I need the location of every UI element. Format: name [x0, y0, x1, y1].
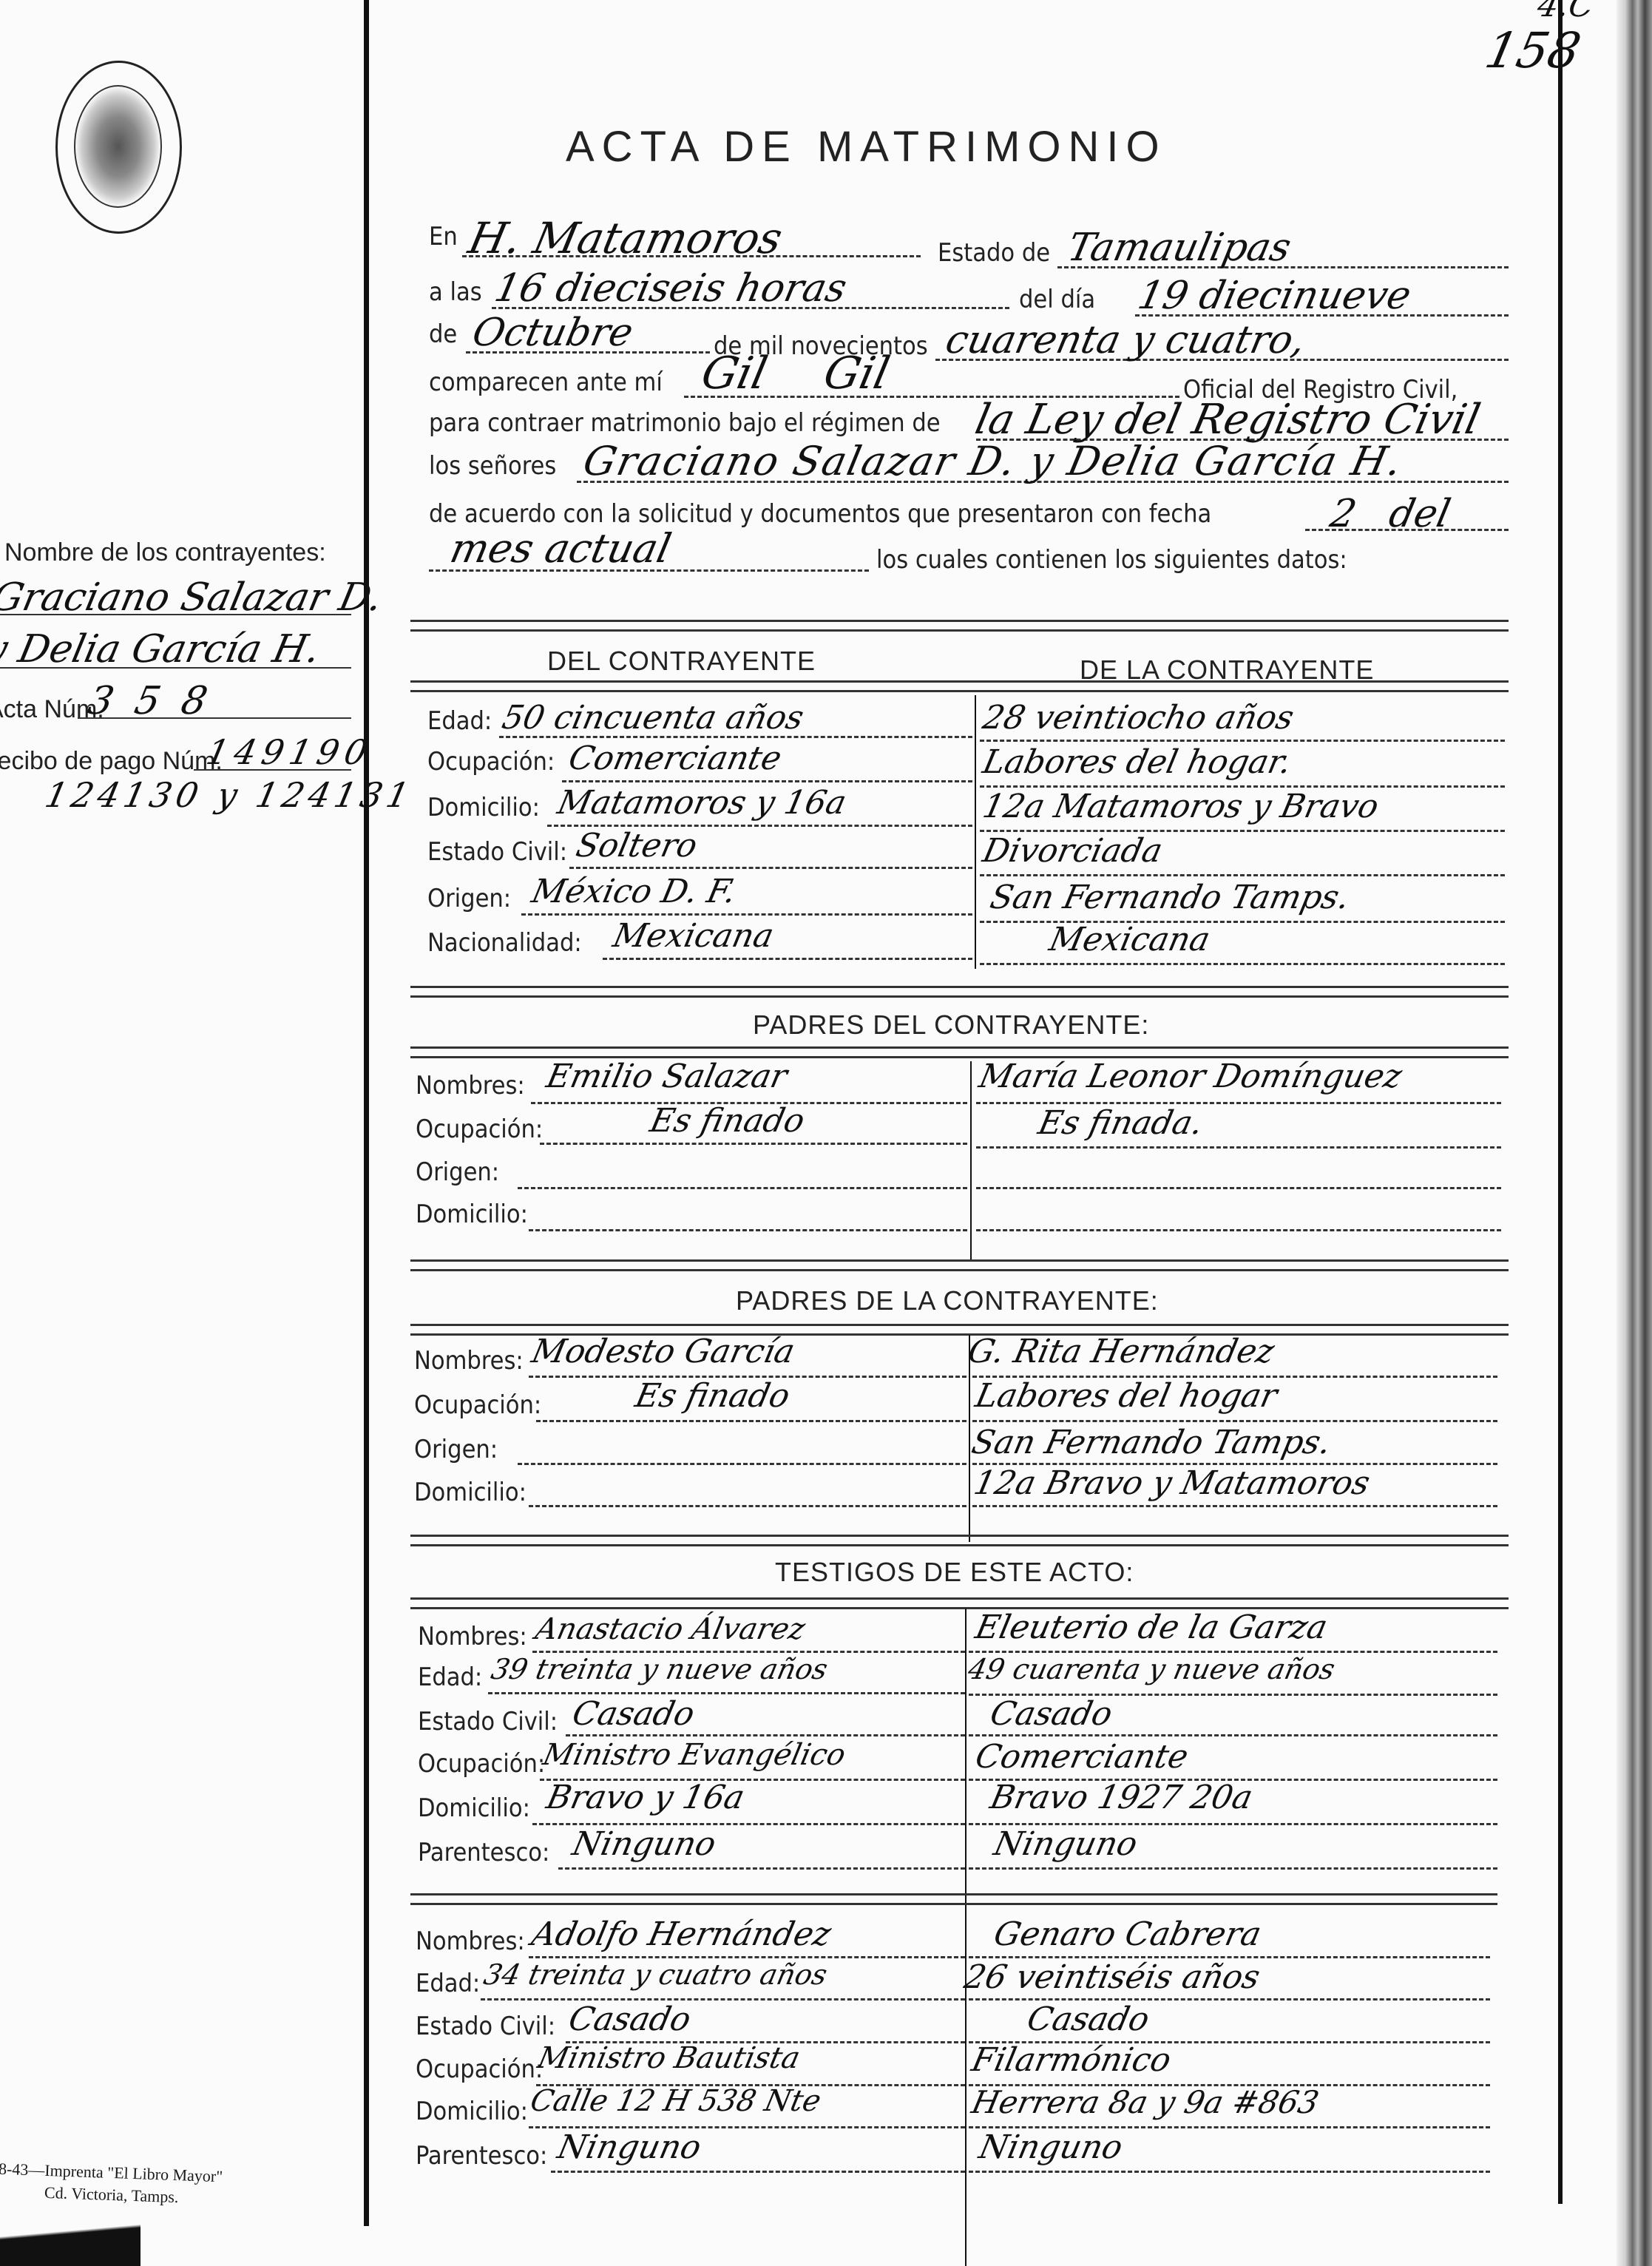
witness-4-parentesco: Ninguno — [976, 2128, 1126, 2166]
margin-rule-2 — [0, 667, 351, 669]
rule — [481, 1998, 965, 2000]
label-edad: Edad: — [418, 1663, 482, 1692]
column-divider — [975, 695, 976, 969]
witness-1-parentesco: Ninguno — [569, 1825, 720, 1863]
witness-2-ocupacion: Comerciante — [972, 1738, 1192, 1776]
mother-bride-origen: San Fernando Tamps. — [969, 1424, 1335, 1461]
cuales-label: los cuales contienen los siguientes dato… — [876, 545, 1347, 575]
fecha-value-2: mes actual — [446, 525, 675, 572]
bride-estado-civil: Divorciada — [980, 832, 1166, 870]
left-border-line — [364, 0, 369, 2226]
father-bride-ocupacion: Es finado — [632, 1377, 793, 1415]
label-domicilio: Domicilio: — [416, 1200, 528, 1229]
witness-4-domicilio: Herrera 8a y 9a #863 — [969, 2084, 1322, 2120]
rule — [976, 1146, 1501, 1149]
groom-ocupacion: Comerciante — [566, 740, 785, 777]
groom-origen: México D. F. — [529, 873, 739, 910]
divider — [410, 1046, 1509, 1058]
rule — [969, 2171, 1490, 2173]
witness-3-estado-civil: Casado — [566, 2000, 694, 2038]
rule — [488, 1692, 965, 1694]
mother-bride-nombre: G. Rita Hernández — [965, 1333, 1278, 1370]
margin-rule-3 — [78, 717, 351, 719]
witness-3-parentesco: Ninguno — [555, 2128, 705, 2166]
label-domicilio: Domicilio: — [418, 1793, 530, 1823]
label-nombres: Nombres: — [418, 1622, 527, 1651]
rule — [976, 1187, 1501, 1189]
label-edad: Edad: — [427, 706, 492, 736]
divider — [410, 1535, 1509, 1546]
margin-rule-4 — [194, 769, 351, 771]
fecha-value-1: 2 del — [1327, 492, 1455, 536]
witness-1-edad: 39 treinta y nueve años — [488, 1653, 830, 1685]
witness-1-nombre: Anastacio Álvarez — [532, 1612, 808, 1646]
witness-2-parentesco: Ninguno — [991, 1825, 1141, 1863]
label-nombres: Nombres: — [416, 1927, 525, 1956]
groom-domicilio: Matamoros y 16a — [555, 784, 850, 822]
rule — [972, 1420, 1497, 1422]
acuerdo-label: de acuerdo con la solicitud y documentos… — [429, 499, 1211, 529]
witness-3-domicilio: Calle 12 H 538 Nte — [527, 2084, 824, 2118]
label-origen: Origen: — [427, 884, 511, 913]
rule — [521, 913, 972, 916]
divider — [410, 1597, 1509, 1609]
rule — [529, 1505, 967, 1507]
rule — [562, 780, 972, 782]
comparecen-label: comparecen ante mí — [429, 368, 663, 397]
witness-3-ocupacion: Ministro Bautista — [535, 2041, 803, 2075]
label-parentesco: Parentesco: — [418, 1838, 549, 1867]
rule — [569, 867, 972, 869]
page-number: 158 — [1480, 22, 1585, 79]
groom-nacionalidad: Mexicana — [610, 917, 777, 955]
eagle-emblem-icon — [74, 85, 162, 208]
de-value: Octubre — [469, 311, 637, 355]
label-estado-civil: Estado Civil: — [416, 2012, 555, 2041]
label-domicilio: Domicilio: — [427, 793, 540, 822]
rule — [518, 1463, 967, 1465]
document-title: ACTA DE MATRIMONIO — [566, 122, 1167, 172]
a-las-label: a las — [429, 277, 482, 307]
padres-contrayente-title: PADRES DEL CONTRAYENTE: — [753, 1009, 1149, 1041]
bride-nacionalidad: Mexicana — [1046, 921, 1213, 958]
label-nombres: Nombres: — [416, 1071, 525, 1100]
rule — [566, 1734, 965, 1736]
rule — [980, 874, 1505, 876]
groom-edad: 50 cincuenta años — [499, 699, 808, 737]
rule — [536, 1420, 967, 1422]
father-groom-ocupacion: Es finado — [647, 1102, 808, 1140]
witness-3-nombre: Adolfo Hernández — [529, 1915, 835, 1953]
right-border-line — [1558, 0, 1563, 2204]
mother-groom-nombre: María Leonor Domínguez — [976, 1058, 1406, 1095]
divider — [410, 620, 1509, 632]
witness-4-edad: 26 veintiséis años — [961, 1958, 1264, 1996]
rule — [972, 1505, 1497, 1507]
mother-bride-domicilio: 12a Bravo y Matamoros — [971, 1464, 1373, 1502]
estado-label: Estado de — [938, 238, 1050, 268]
groom-estado-civil: Soltero — [573, 827, 701, 865]
label-edad: Edad: — [416, 1969, 480, 1998]
printer-line-1: 8-43—Imprenta "El Libro Mayor" — [0, 2160, 223, 2187]
label-estado-civil: Estado Civil: — [418, 1707, 558, 1736]
rule — [558, 1867, 965, 1870]
margin-nombre-2: y Delia García H. — [0, 627, 324, 672]
witness-1-estado-civil: Casado — [569, 1695, 698, 1733]
header-del-contrayente: DEL CONTRAYENTE — [547, 646, 816, 677]
witness-4-nombre: Genaro Cabrera — [991, 1915, 1265, 1953]
padres-contrayenta-title: PADRES DE LA CONTRAYENTE: — [736, 1285, 1159, 1316]
column-divider — [970, 1061, 972, 1261]
label-domicilio: Domicilio: — [414, 1478, 527, 1507]
label-nombres: Nombres: — [414, 1346, 524, 1376]
margin-nombre-1: Graciano Salazar D. — [0, 575, 386, 620]
margin-recibo-value-2: 124130 y 124131 — [41, 775, 417, 815]
margin-acta-value: 358 — [84, 679, 234, 723]
label-ocupacion: Ocupación: — [414, 1390, 541, 1420]
witness-1-domicilio: Bravo y 16a — [544, 1779, 748, 1816]
en-value: H. Matamoros — [464, 213, 787, 263]
witness-4-estado-civil: Casado — [1024, 2000, 1153, 2038]
rule — [969, 1867, 1497, 1870]
state-seal: GOBIERNO DEL ESTADO LIBRE Y SOBERANO DE … — [55, 61, 182, 234]
bride-origen: San Fernando Tamps. — [987, 879, 1353, 916]
de-mil-value: cuarenta y cuatro, — [942, 318, 1310, 362]
father-bride-nombre: Modesto García — [529, 1333, 799, 1370]
bride-domicilio: 12a Matamoros y Bravo — [980, 788, 1382, 825]
label-ocupacion: Ocupación: — [416, 1115, 543, 1144]
rule — [518, 1187, 967, 1189]
label-origen: Origen: — [416, 1157, 499, 1187]
estado-value: Tamaulipas — [1064, 226, 1295, 270]
de-label: de — [429, 319, 457, 349]
regimen-value: la Ley del Registro Civil — [971, 396, 1484, 444]
label-ocupacion: Ocupación: — [418, 1749, 545, 1779]
regimen-label: para contraer matrimonio bajo el régimen… — [429, 408, 941, 438]
rule — [529, 1229, 967, 1231]
rule — [980, 963, 1505, 965]
divider — [410, 1893, 1497, 1905]
margin-recibo-label: Recibo de pago Núm. — [0, 747, 223, 776]
book-spine-edge — [1617, 0, 1652, 2266]
father-groom-nombre: Emilio Salazar — [544, 1058, 791, 1095]
witness-3-edad: 34 treinta y cuatro años — [481, 1958, 830, 1991]
page-shadow — [0, 2214, 141, 2266]
mother-groom-ocupacion: Es finada. — [1035, 1104, 1207, 1142]
witness-1-ocupacion: Ministro Evangélico — [540, 1738, 848, 1772]
label-nacionalidad: Nacionalidad: — [427, 928, 582, 958]
rule — [969, 1734, 1497, 1736]
label-ocupacion: Ocupación: — [427, 747, 555, 777]
witness-4-ocupacion: Filarmónico — [969, 2041, 1175, 2079]
divider — [410, 1259, 1509, 1271]
en-label: En — [429, 222, 458, 251]
margin-nombre-label: Nombre de los contrayentes: — [4, 538, 326, 567]
divider — [410, 986, 1509, 998]
rule — [976, 1229, 1501, 1231]
divider — [410, 680, 1509, 692]
label-estado-civil: Estado Civil: — [427, 837, 567, 867]
a-las-value: 16 dieciseis horas — [491, 266, 851, 311]
label-ocupacion: Ocupación: — [416, 2054, 543, 2084]
bride-ocupacion: Labores del hogar. — [980, 743, 1295, 781]
bride-edad: 28 veintiocho años — [980, 699, 1297, 737]
label-domicilio: Domicilio: — [416, 2097, 528, 2126]
rule — [603, 958, 972, 960]
rule — [540, 1143, 967, 1145]
del-dia-label: del día — [1019, 285, 1095, 314]
margin-rule-1 — [0, 614, 351, 615]
label-parentesco: Parentesco: — [416, 2141, 547, 2171]
senores-label: los señores — [429, 451, 556, 481]
testigos-title: TESTIGOS DE ESTE ACTO: — [775, 1557, 1134, 1588]
comparecen-value: Gil Gil — [697, 348, 895, 399]
label-origen: Origen: — [414, 1435, 498, 1464]
mother-bride-ocupacion: Labores del hogar — [972, 1377, 1281, 1415]
rule — [980, 740, 1505, 742]
margin-recibo-value-1: 149190 — [203, 732, 376, 772]
del-dia-value: 19 diecinueve — [1134, 274, 1415, 318]
witness-2-estado-civil: Casado — [987, 1695, 1116, 1733]
witness-2-edad: 49 cuarenta y nueve años — [965, 1653, 1338, 1685]
rule — [551, 2171, 965, 2173]
senores-value: Graciano Salazar D. y Delia García H. — [579, 438, 1407, 484]
printer-line-2: Cd. Victoria, Tamps. — [44, 2183, 179, 2207]
witness-2-nombre: Eleuterio de la Garza — [972, 1609, 1331, 1646]
corner-number: 4.C — [1534, 0, 1598, 24]
column-divider — [965, 1609, 967, 2266]
witness-2-domicilio: Bravo 1927 20a — [987, 1779, 1256, 1816]
